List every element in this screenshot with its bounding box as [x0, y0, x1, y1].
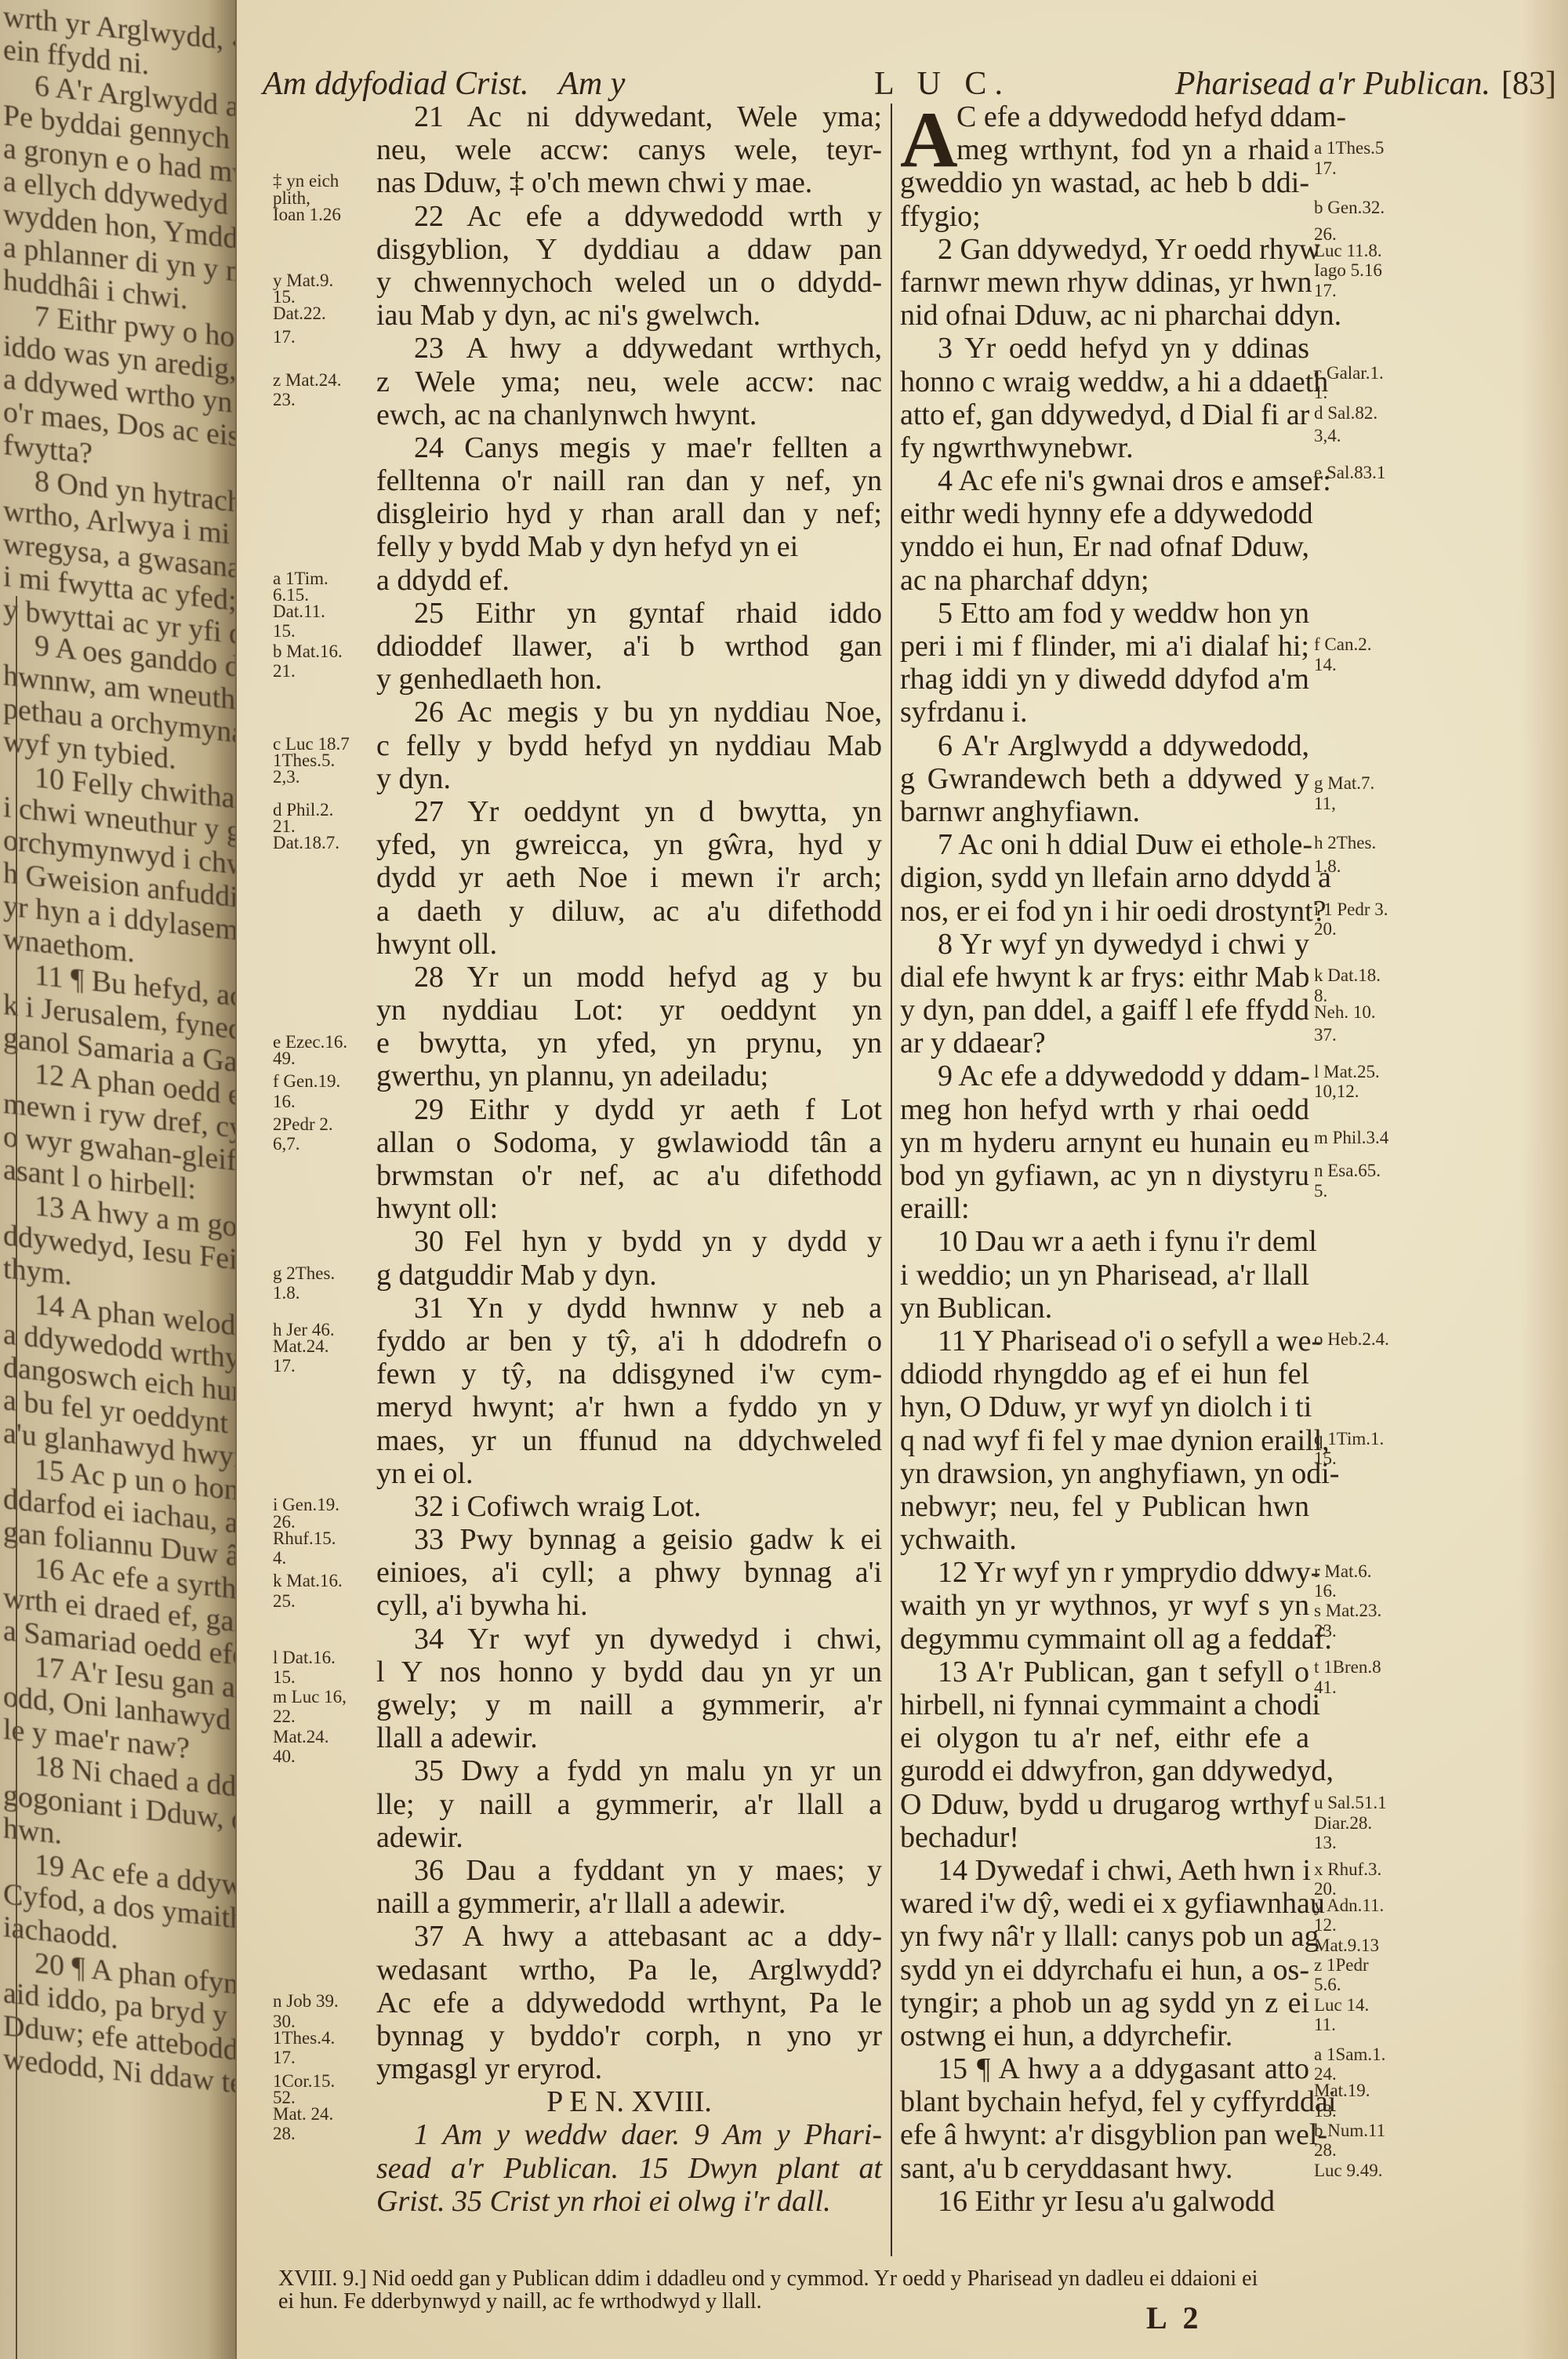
text-line: allan o Sodoma, y gwlawiodd tân a [376, 1126, 882, 1159]
text-line: blant bychain hefyd, fel y cyffyrddai [900, 2085, 1309, 2118]
cross-reference-note: i Gen.19. [273, 1496, 339, 1513]
text-line: wared i'w dŷ, wedi ei x gyfiawnhau [900, 1887, 1309, 1920]
text-line: yn fwy nâ'r y llall: canys pob un ag [900, 1920, 1309, 1953]
text-line: 26 Ac megis y bu yn nyddiau Noe, [376, 696, 882, 729]
text-line: 29 Eithr y dydd yr aeth f Lot [376, 1093, 882, 1126]
text-line: dydd yr aeth Noe i mewn i'r arch; [376, 861, 882, 894]
text-line: 25 Eithr yn gyntaf rhaid iddo [376, 597, 882, 630]
text-line: brwmstan o'r nef, ac a'u difethodd [376, 1159, 882, 1192]
text-line: adewir. [376, 1821, 882, 1854]
text-line: c felly y bydd hefyd yn nyddiau Mab [376, 729, 882, 762]
text-line: a daeth y diluw, ac a'u difethodd [376, 895, 882, 928]
text-line: nos, er ei fod yn i hir oedi drostynt? [900, 895, 1309, 928]
cross-reference-note: 14. [1314, 656, 1337, 673]
cross-reference-note: 17. [273, 329, 296, 345]
text-line: nid ofnai Dduw, ac ni pharchai ddyn. [900, 299, 1309, 332]
facing-page-strip: wrth yr Arglwydd, ‹ Angh-ein ffydd ni.6 … [0, 0, 237, 2359]
text-line: einioes, a'i cyll; a phwy bynnag a'i [376, 1556, 882, 1589]
text-line: y dyn. [376, 762, 882, 795]
cross-reference-note: 26. [1314, 226, 1337, 242]
chapter-summary-line: 1 Am y weddw daer. 9 Am y Phari- [376, 2118, 882, 2151]
text-line: l Y nos honno y bydd dau yn yr un [376, 1656, 882, 1688]
cross-reference-note: 1Thes.5. [273, 752, 335, 769]
cross-reference-note: t 1Bren.8 [1314, 1659, 1381, 1675]
text-line: 21 Ac ni ddywedant, Wele yma; [376, 100, 882, 133]
cross-reference-note: 25. [273, 1593, 296, 1609]
text-line: fewn y tŷ, na ddisgyned i'w cym- [376, 1358, 882, 1390]
text-line: felltenna o'r naill ran dan y nef, yn [376, 464, 882, 497]
cross-reference-note: 21. [273, 663, 296, 679]
cross-reference-note: r Mat.6. [1314, 1563, 1371, 1579]
text-line: hirbell, ni fynnai cymmaint a chodi [900, 1688, 1309, 1721]
cross-reference-note: Iago 5.16 [1314, 262, 1382, 278]
cross-reference-note: e Sal.83.1 [1314, 464, 1385, 481]
text-line: 28 Yr un modd hefyd ag y bu [376, 961, 882, 994]
cross-reference-note: 49. [273, 1050, 296, 1067]
cross-reference-note: n Esa.65. [1314, 1162, 1381, 1179]
text-line: hwynt oll: [376, 1192, 882, 1225]
text-line: ymgasgl yr eryrod. [376, 2052, 882, 2085]
cross-reference-note: Diar.28. [1314, 1815, 1372, 1831]
cross-reference-note: Dat.18.7. [273, 834, 339, 851]
text-line: ar y ddaear? [900, 1027, 1309, 1060]
cross-reference-note: b Mat.16. [273, 643, 343, 660]
text-line: meryd hwynt; a'r hwn a fyddo yn y [376, 1390, 882, 1423]
cross-reference-note: Dat.22. [273, 305, 326, 322]
chapter-heading: P E N. XVIII. [376, 2085, 882, 2118]
text-line: fyddo ar ben y tŷ, a'i h ddodrefn o [376, 1325, 882, 1358]
text-line: g Gwrandewch beth a ddywed y [900, 762, 1309, 795]
text-line: disgyblion, Y dyddiau a ddaw pan [376, 233, 882, 266]
page-number: [83] [1501, 66, 1556, 102]
cross-reference-note: a 1Thes.5 [1314, 140, 1384, 156]
cross-reference-note: 37. [1314, 1027, 1337, 1043]
cross-reference-note: 15. [273, 289, 296, 305]
text-line: atto ef, gan ddywedyd, d Dial fi ar [900, 398, 1309, 431]
text-line: 5 Etto am fod y weddw hon yn [900, 597, 1309, 630]
footnote-line-2: ei hun. Fe dderbynwyd y naill, ac fe wrt… [278, 2290, 1548, 2313]
footnote-line-1: XVIII. 9.] Nid oedd gan y Publican ddim … [278, 2267, 1548, 2290]
cross-reference-note: Ioan 1.26 [273, 206, 341, 223]
cross-reference-note: k Dat.18. [1314, 967, 1381, 983]
text-line: bynnag y byddo'r corph, n yno yr [376, 2019, 882, 2052]
text-line: dial efe hwynt k ar frys: eithr Mab [900, 961, 1309, 994]
text-line: 32 i Cofiwch wraig Lot. [376, 1490, 882, 1523]
cross-reference-note: Neh. 10. [1314, 1004, 1376, 1020]
cross-reference-note: a 1Sam.1. [1314, 2046, 1385, 2063]
text-line: honno c wraig weddw, a hi a ddaeth [900, 365, 1309, 398]
cross-reference-note: 20. [1314, 921, 1337, 937]
cross-reference-note: k Mat.16. [273, 1572, 343, 1589]
text-line: nebwyr; neu, fel y Publican hwn [900, 1490, 1309, 1523]
text-line: 33 Pwy bynnag a geisio gadw k ei [376, 1523, 882, 1556]
text-line: 34 Yr wyf yn dywedyd i chwi, [376, 1623, 882, 1656]
cross-reference-note: 30. [273, 2013, 296, 2030]
cross-reference-note: 17. [1314, 160, 1337, 176]
text-line: Ac efe a ddywedodd wrthynt, Pa le [376, 1986, 882, 2019]
cross-reference-note: 5. [1314, 1183, 1327, 1199]
text-line: 36 Dau a fyddant yn y maes; y [376, 1854, 882, 1887]
cross-reference-note: z Mat.24. [273, 372, 342, 388]
cross-reference-note: 11, [1314, 795, 1336, 812]
cross-reference-note: h Jer 46. [273, 1321, 335, 1338]
text-line: yn ei ol. [376, 1457, 882, 1490]
cross-reference-note: s Mat.23. [1314, 1602, 1381, 1619]
text-line: eithr wedi hynny efe a ddywedodd [900, 497, 1309, 530]
header-catchword: Am y [558, 66, 625, 102]
cross-reference-note: e Ezec.16. [273, 1034, 347, 1050]
text-line: bechadur! [900, 1821, 1309, 1854]
cross-reference-note: 17. [1314, 282, 1337, 299]
text-line: 27 Yr oeddynt yn d bwytta, yn [376, 795, 882, 828]
cross-reference-note: 17. [273, 1358, 296, 1374]
cross-reference-note: 5.6. [1314, 1976, 1341, 1993]
cross-reference-note: 8. [1314, 987, 1327, 1004]
text-line: 2 Gan ddywedyd, Yr oedd rhyw [900, 233, 1309, 266]
text-line: C efe a ddywedodd hefyd ddam- [900, 100, 1309, 133]
text-line: yfed, yn gwreicca, yn gŵra, hyd y [376, 828, 882, 861]
cross-reference-note: y Mat.9. [273, 272, 333, 289]
text-line: hwynt oll. [376, 928, 882, 961]
cross-reference-note: 10,12. [1314, 1083, 1359, 1100]
text-line: cyll, a'i bywha hi. [376, 1589, 882, 1622]
cross-reference-note: 2,3. [273, 769, 300, 785]
text-line: hyn, O Dduw, yr wyf yn diolch i ti [900, 1390, 1309, 1423]
cross-reference-note: plith, [273, 190, 310, 206]
cross-reference-note: h 2Thes. [1314, 834, 1376, 851]
column-divider [891, 104, 892, 2256]
text-line: 7 Ac oni h ddial Duw ei ethole- [900, 828, 1309, 861]
text-line: felly y bydd Mab y dyn hefyd yn ei [376, 530, 882, 563]
text-line: rhag iddi yn y diwedd ddyfod a'm [900, 663, 1309, 696]
text-line: e bwytta, yn yfed, yn prynu, yn [376, 1027, 882, 1060]
text-line: 22 Ac efe a ddywedodd wrth y [376, 200, 882, 233]
text-line: a ddydd ef. [376, 564, 882, 597]
footnote: XVIII. 9.] Nid oedd gan y Publican ddim … [278, 2267, 1548, 2313]
text-line: 35 Dwy a fydd yn malu yn yr un [376, 1754, 882, 1787]
cross-reference-note: Mat.24. [273, 1728, 329, 1745]
left-text-column: 21 Ac ni ddywedant, Wele yma;neu, wele a… [376, 100, 882, 2218]
cross-reference-note: Luc 9.49. [1314, 2162, 1383, 2179]
text-line: naill a gymmerir, a'r llall a adewir. [376, 1887, 882, 1920]
cross-reference-note: c Galar.1. [1314, 365, 1384, 381]
text-line: y dyn, pan ddel, a gaiff l efe ffydd [900, 994, 1309, 1027]
text-line: 23 A hwy a ddywedant wrthych, [376, 332, 882, 365]
cross-reference-note: 1Cor.15. [273, 2073, 335, 2089]
text-line: tyngir; a phob un ag sydd yn z ei [900, 1986, 1309, 2019]
cross-reference-note: 1. [1314, 384, 1327, 401]
text-line: 6 A'r Arglwydd a ddywedodd, [900, 729, 1309, 762]
text-line: efe â hwynt: a'r disgyblion pan wel- [900, 2118, 1309, 2151]
text-line: ychwaith. [900, 1523, 1309, 1556]
header-left-title: Am ddyfodiad Crist. [263, 66, 529, 102]
cross-reference-note: u Sal.51.1 [1314, 1794, 1387, 1811]
cross-reference-note: y Adn.11. [1314, 1897, 1384, 1914]
text-line: sant, a'u b ceryddasant hwy. [900, 2152, 1309, 2185]
facing-page-text: wrth yr Arglwydd, ‹ Angh-ein ffydd ni.6 … [3, 0, 237, 2100]
text-line: disgleirio hyd y rhan arall dan y nef; [376, 497, 882, 530]
cross-reference-note: m Luc 16, [273, 1688, 347, 1705]
text-line: barnwr anghyfiawn. [900, 795, 1309, 828]
text-line: 14 Dywedaf i chwi, Aeth hwn i [900, 1854, 1309, 1887]
text-line: digion, sydd yn llefain arno ddydd a [900, 861, 1309, 894]
text-line: gweddio yn wastad, ac heb b ddi- [900, 166, 1309, 199]
text-line: lle; y naill a gymmerir, a'r llall a [376, 1788, 882, 1821]
text-line: y genhedlaeth hon. [376, 663, 882, 696]
text-line: degymmu cymmaint oll ag a feddaf. [900, 1623, 1309, 1656]
text-line: 37 A hwy a attebasant ac a ddy- [376, 1920, 882, 1953]
cross-reference-note: i 1 Pedr 3. [1314, 901, 1388, 918]
cross-reference-note: 3,4. [1314, 427, 1341, 444]
cross-reference-note: z 1Pedr [1314, 1957, 1369, 1973]
cross-reference-note: l Mat.25. [1314, 1063, 1380, 1080]
cross-reference-note: c Luc 18.7 [273, 736, 350, 752]
book-page: wrth yr Arglwydd, ‹ Angh-ein ffydd ni.6 … [0, 0, 1568, 2359]
text-line: ewch, ac na chanlynwch hwynt. [376, 398, 882, 431]
cross-reference-note: Mat.9.13 [1314, 1937, 1379, 1954]
cross-reference-note: 15. [273, 1669, 296, 1685]
cross-reference-note: Luc 11.8. [1314, 242, 1382, 259]
text-line: O Dduw, bydd u drugarog wrthyf [900, 1788, 1309, 1821]
cross-reference-note: 24. [1314, 2066, 1337, 2082]
text-line: ynddo ei hun, Er nad ofnaf Dduw, [900, 530, 1309, 563]
cross-reference-note: 1Thes.4. [273, 2030, 335, 2046]
cross-reference-note: 11. [1314, 2016, 1336, 2033]
text-line: gwely; y m naill a gymmerir, a'r [376, 1688, 882, 1721]
cross-reference-note: 16. [1314, 1583, 1337, 1599]
cross-reference-note: ‡ yn eich [273, 173, 339, 189]
text-line: peri i mi f flinder, mi a'i dialaf hi; [900, 630, 1309, 663]
cross-reference-note: 28. [1314, 2142, 1337, 2158]
cross-reference-note: m Phil.3.4 [1314, 1129, 1388, 1146]
text-line: 4 Ac efe ni's gwnai dros e amser: [900, 464, 1309, 497]
cross-reference-note: 15. [1314, 1450, 1337, 1467]
cross-reference-note: Mat.19. [1314, 2082, 1370, 2099]
cross-reference-note: 22. [273, 1708, 296, 1725]
text-line: ddioddef llawer, a'i b wrthod gan [376, 630, 882, 663]
text-line: 31 Yn y dydd hwnnw y neb a [376, 1292, 882, 1325]
text-line: gurodd ei ddwyfron, gan ddywedyd, [900, 1754, 1309, 1787]
cross-reference-note: Luc 14. [1314, 1997, 1369, 2013]
cross-reference-note: 20. [1314, 1881, 1337, 1897]
text-line: yn drawsion, yn anghyfiawn, yn odi- [900, 1457, 1309, 1490]
cross-reference-note: Mat.24. [273, 1338, 329, 1354]
text-line: llall a adewir. [376, 1721, 882, 1754]
cross-reference-note: 40. [273, 1748, 296, 1765]
text-line: waith yn yr wythnos, yr wyf s yn [900, 1589, 1309, 1622]
cross-reference-note: 1.8. [1314, 858, 1341, 874]
text-line: 15 ¶ A hwy a a ddygasant atto [900, 2052, 1309, 2085]
text-line: ostwng ei hun, a ddyrchefir. [900, 2019, 1309, 2052]
cross-reference-note: 26. [273, 1514, 296, 1530]
text-line: 8 Yr wyf yn dywedyd i chwi y [900, 928, 1309, 961]
text-line: ddiodd rhyngddo ag ef ei hun fel [900, 1358, 1309, 1390]
text-line: 30 Fel hyn y bydd yn y dydd y [376, 1225, 882, 1258]
right-text-column: C efe a ddywedodd hefyd ddam-meg wrthynt… [900, 100, 1309, 2218]
text-line: ei olygon tu a'r nef, eithr efe a [900, 1721, 1309, 1754]
text-line: iau Mab y dyn, ac ni's gwelwch. [376, 299, 882, 332]
text-line: i weddio; un yn Pharisead, a'r llall [900, 1259, 1309, 1292]
text-line: yn nyddiau Lot: yr oeddynt yn [376, 994, 882, 1027]
text-line: farnwr mewn rhyw ddinas, yr hwn [900, 266, 1309, 299]
text-line: sydd yn ei ddyrchafu ei hun, a os- [900, 1954, 1309, 1986]
chapter-summary-line: Grist. 35 Crist yn rhoi ei olwg i'r dall… [376, 2185, 882, 2218]
text-line: q nad wyf fi fel y mae dynion eraill, [900, 1424, 1309, 1457]
cross-reference-note: 6.15. [273, 587, 309, 603]
text-line: meg hon hefyd wrth y rhai oedd [900, 1093, 1309, 1126]
text-line: ac na pharchaf ddyn; [900, 564, 1309, 597]
cross-reference-note: b Num.11 [1314, 2122, 1385, 2139]
text-line: meg wrthynt, fod yn a rhaid [900, 133, 1309, 166]
cross-reference-note: a 1Tim. [273, 570, 328, 587]
cross-reference-note: 16. [273, 1093, 296, 1110]
cross-reference-note: b Gen.32. [1314, 199, 1385, 216]
text-line: fy ngwrthwynebwr. [900, 431, 1309, 464]
cross-reference-note: f Gen.19. [273, 1073, 340, 1089]
text-line: nas Dduw, ‡ o'ch mewn chwi y mae. [376, 166, 882, 199]
cross-reference-note: 17. [273, 2049, 296, 2066]
text-line: 13 A'r Publican, gan t sefyll o [900, 1656, 1309, 1688]
cross-reference-note: 28. [273, 2125, 296, 2142]
cross-reference-note: g 2Thes. [273, 1265, 335, 1281]
cross-reference-note: 23. [1314, 1623, 1337, 1639]
cross-reference-note: x Rhuf.3. [1314, 1861, 1381, 1877]
cross-reference-note: 23. [273, 391, 296, 408]
cross-reference-note: 4. [273, 1550, 286, 1566]
text-line: yn m hyderu arnynt eu hunain eu [900, 1126, 1309, 1159]
text-line: wedasant wrtho, Pa le, Arglwydd? [376, 1954, 882, 1986]
chapter-summary-line: sead a'r Publican. 15 Dwyn plant at [376, 2152, 882, 2185]
cross-reference-note: q 1Tim.1. [1314, 1430, 1384, 1447]
text-line: eraill: [900, 1192, 1309, 1225]
text-line: 11 Y Pharisead o'i o sefyll a we- [900, 1325, 1309, 1358]
cross-reference-note: Rhuf.15. [273, 1530, 336, 1547]
cross-reference-note: 12. [1314, 1917, 1337, 1933]
text-line: yn Bublican. [900, 1292, 1309, 1325]
cross-reference-note: Mat. 24. [273, 2106, 333, 2122]
cross-reference-note: 2Pedr 2. [273, 1116, 333, 1132]
cross-reference-note: l Dat.16. [273, 1649, 336, 1666]
cross-reference-note: 21. [273, 818, 296, 834]
cross-reference-note: 1.8. [273, 1285, 300, 1301]
text-line: ffygio; [900, 200, 1309, 233]
signature-mark: L 2 [1146, 2299, 1203, 2336]
cross-reference-note: 41. [1314, 1679, 1337, 1696]
text-line: z Wele yma; neu, wele accw: nac [376, 365, 882, 398]
text-line: y chwennychoch weled un o ddydd- [376, 266, 882, 299]
cross-reference-note: 52. [273, 2089, 296, 2106]
text-line: 9 Ac efe a ddywedodd y ddam- [900, 1060, 1309, 1092]
cross-reference-note: f Can.2. [1314, 636, 1371, 652]
text-line: 24 Canys megis y mae'r fellten a [376, 431, 882, 464]
text-line: 10 Dau wr a aeth i fynu i'r deml [900, 1225, 1309, 1258]
cross-reference-note: 13. [1314, 1834, 1337, 1851]
text-line: 3 Yr oedd hefyd yn y ddinas [900, 332, 1309, 365]
text-line: gwerthu, yn plannu, yn adeiladu; [376, 1060, 882, 1092]
text-line: 12 Yr wyf yn r ymprydio ddwy- [900, 1556, 1309, 1589]
header-right-title: Pharisead a'r Publican. [1175, 66, 1490, 102]
cross-reference-note: d Sal.82. [1314, 405, 1377, 421]
cross-reference-note: o Heb.2.4. [1314, 1331, 1389, 1347]
text-line: maes, yr un ffunud na ddychweled [376, 1424, 882, 1457]
cross-reference-note: d Phil.2. [273, 801, 333, 818]
text-line: neu, wele accw: canys wele, teyr- [376, 133, 882, 166]
cross-reference-note: n Job 39. [273, 1993, 339, 2009]
cross-reference-note: 6,7. [273, 1136, 300, 1152]
text-line: 16 Eithr yr Iesu a'u galwodd [900, 2185, 1309, 2218]
facing-page-column-rule [16, 596, 17, 2359]
text-line: g datguddir Mab y dyn. [376, 1259, 882, 1292]
text-line: syfrdanu i. [900, 696, 1309, 729]
cross-reference-note: Dat.11. [273, 603, 325, 620]
cross-reference-note: g Mat.7. [1314, 775, 1374, 791]
text-line: bod yn gyfiawn, ac yn n diystyru [900, 1159, 1309, 1192]
cross-reference-note: 13. [1314, 2103, 1337, 2119]
cross-reference-note: 15. [273, 623, 296, 639]
